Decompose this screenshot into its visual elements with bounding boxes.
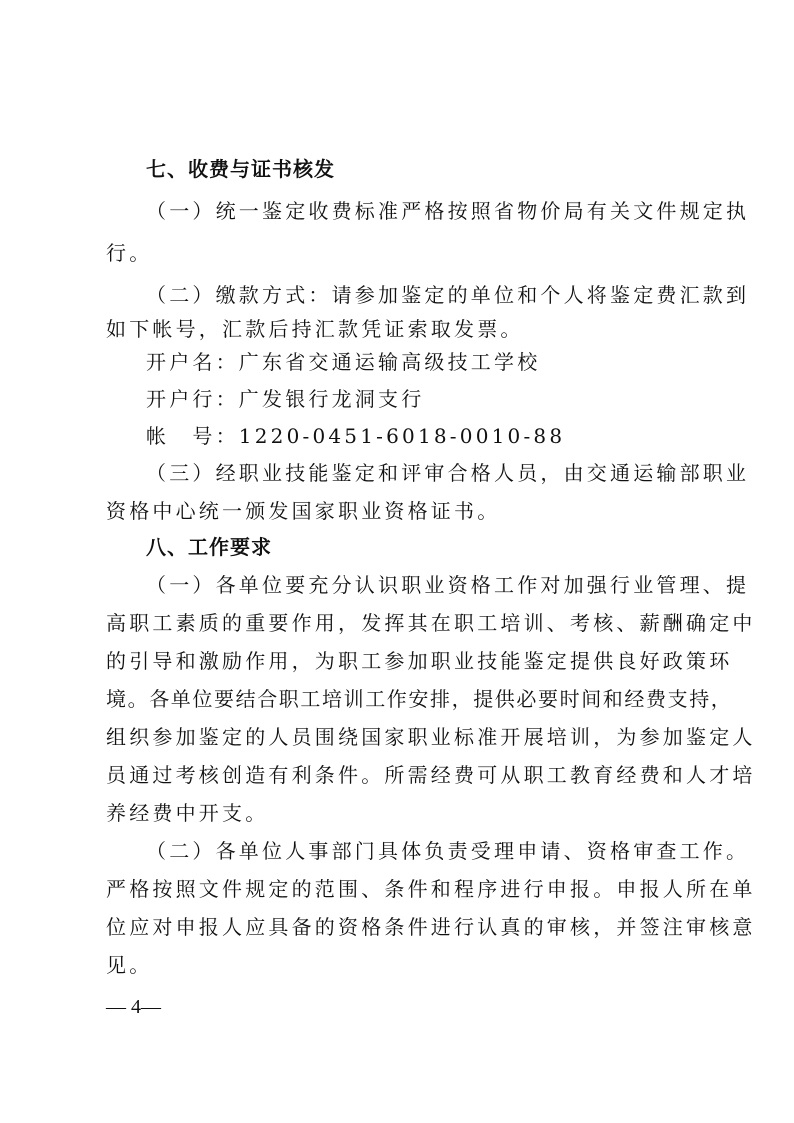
paragraph-line: 组织参加鉴定的人员围绕国家职业标准开展培训，为参加鉴定人 (106, 721, 756, 750)
paragraph-line: 严格按照文件规定的范围、条件和程序进行申报。申报人所在单 (106, 873, 756, 902)
paragraph-line: 境。各单位要结合职工培训工作安排，提供必要时间和经费支持， (106, 683, 732, 712)
section-heading-fees-certificates: 七、收费与证书核发 (146, 153, 335, 182)
paragraph-line: 养经费中开支。 (106, 797, 268, 826)
paragraph-line: （一）各单位要充分认识职业资格工作对加强行业管理、提 (146, 569, 749, 598)
paragraph-line: 如下帐号，汇款后持汇款凭证索取发票。 (106, 313, 524, 342)
paragraph-line: （二）各单位人事部门具体负责受理申请、资格审查工作。 (146, 835, 749, 864)
paragraph-line: 见。 (106, 949, 152, 978)
paragraph-line: 的引导和激励作用，为职工参加职业技能鉴定提供良好政策环 (106, 645, 732, 674)
paragraph-line: 员通过考核创造有利条件。所需经费可从职工教育经费和人才培 (106, 759, 756, 788)
paragraph-line: （三）经职业技能鉴定和评审合格人员，由交通运输部职业 (146, 457, 749, 486)
paragraph-line: 位应对申报人应具备的资格条件进行认真的审核，并签注审核意 (106, 911, 756, 940)
section-heading-work-requirements: 八、工作要求 (146, 531, 272, 560)
paragraph-line: （二）缴款方式：请参加鉴定的单位和个人将鉴定费汇款到 (146, 279, 749, 308)
bank-line: 开户行：广发银行龙洞支行 (146, 383, 424, 412)
paragraph-line: 高职工素质的重要作用，发挥其在职工培训、考核、薪酬确定中 (106, 607, 756, 636)
paragraph-line: 行。 (106, 237, 152, 266)
account-number-line: 帐 号：1220-0451-6018-0010-88 (146, 420, 565, 449)
paragraph-line: （一）统一鉴定收费标准严格按照省物价局有关文件规定执 (146, 195, 749, 224)
page-number: — 4— (106, 996, 161, 1019)
paragraph-line: 资格中心统一颁发国家职业资格证书。 (106, 495, 500, 524)
account-name-line: 开户名：广东省交通运输高级技工学校 (146, 346, 540, 375)
